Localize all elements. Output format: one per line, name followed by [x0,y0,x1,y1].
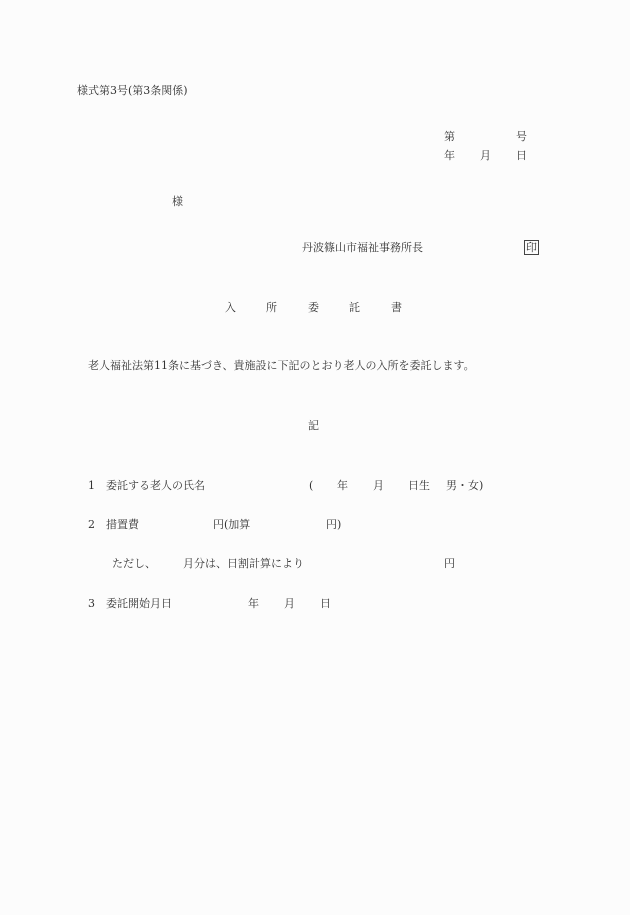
item-2-label: 措置費 [106,518,139,532]
item-2-yen-close: 円) [326,518,341,532]
title-char-1: 入 [225,301,236,315]
issuer-name: 丹波篠山市福祉事務所長 [302,241,423,255]
addressee-suffix: 様 [172,195,183,209]
note-yen: 円 [444,557,455,571]
form-label: 様式第3号(第3条関係) [77,84,188,98]
item-1-day-birth: 日生 [408,479,430,493]
item-1-label: 委託する老人の氏名 [106,479,205,493]
number-suffix: 号 [516,130,527,144]
item-3-day: 日 [320,597,331,611]
body-text: 老人福祉法第11条に基づき、貴施設に下記のとおり老人の入所を委託します。 [88,359,475,373]
note-tadashi: ただし、 [112,557,156,571]
item-1-number: 1 [88,479,95,493]
item-1-gender: 男・女) [446,479,483,493]
title-char-3: 委 [308,301,319,315]
item-3-month: 月 [284,597,295,611]
item-2-number: 2 [88,518,95,532]
item-1-month: 月 [373,479,384,493]
date-year: 年 [444,149,455,163]
note-text: 月分は、日割計算により [183,557,304,571]
title-char-2: 所 [266,301,277,315]
item-1-year: 年 [337,479,348,493]
ki-heading: 記 [308,419,319,433]
item-2-yen-add: 円(加算 [213,518,250,532]
title-char-4: 託 [349,301,360,315]
item-3-number: 3 [88,597,95,611]
date-month: 月 [480,149,491,163]
item-3-year: 年 [248,597,259,611]
seal-mark: 印 [524,240,539,255]
title-char-5: 書 [391,301,402,315]
number-prefix: 第 [444,130,455,144]
seal-icon: 印 [524,240,539,255]
item-3-label: 委託開始月日 [106,597,172,611]
date-day: 日 [516,149,527,163]
item-1-open-paren: ( [309,479,313,493]
